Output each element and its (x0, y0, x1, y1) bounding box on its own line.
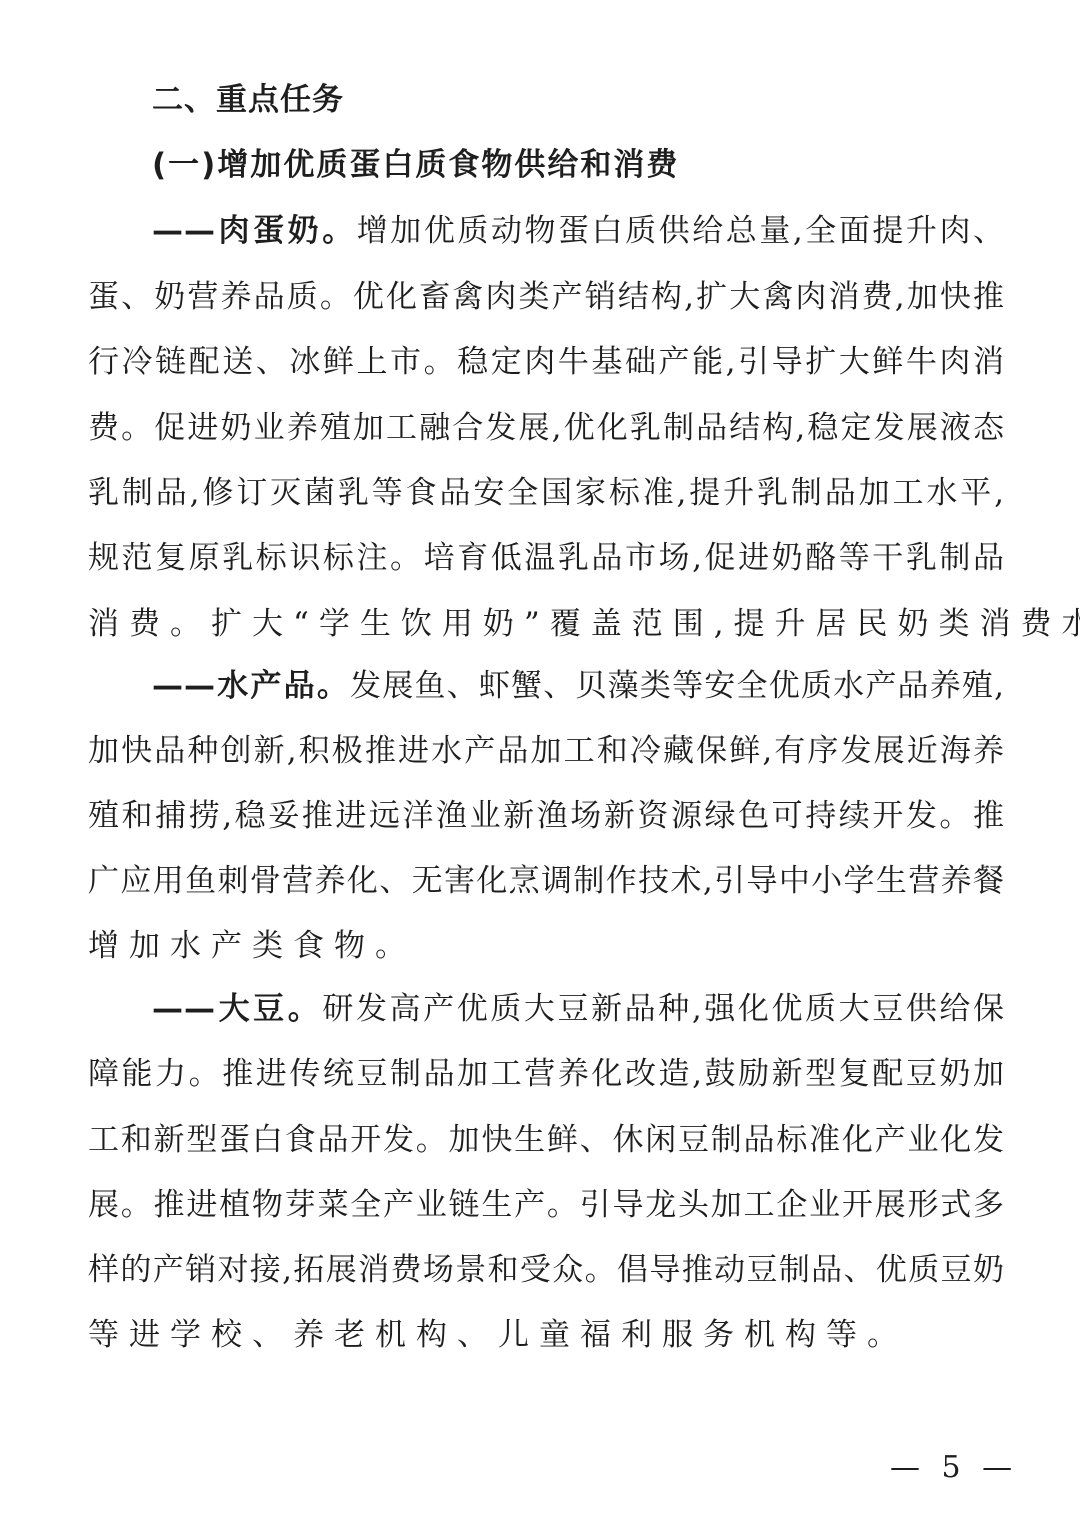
paragraph-line: 消费。扩大“学生饮用奶”覆盖范围,提升居民奶类消费水平。 (88, 602, 1004, 646)
subsection-title: (一)增加优质蛋白质食物供给和消费 (152, 143, 679, 187)
line-text: 发展鱼、虾蟹、贝藻类等安全优质水产品养殖, (350, 668, 1004, 704)
paragraph-line: 乳制品,修订灭菌乳等食品安全国家标准,提升乳制品加工水平, (88, 471, 1004, 515)
paragraph-line: ——大豆。研发高产优质大豆新品种,强化优质大豆供给保 (152, 987, 1004, 1031)
paragraph-line: 规范复原乳标识标注。培育低温乳品市场,促进奶酪等干乳制品 (88, 536, 1004, 580)
paragraph-line: 蛋、奶营养品质。优化畜禽肉类产销结构,扩大禽肉消费,加快推 (88, 275, 1004, 319)
line-text: 研发高产优质大豆新品种,强化优质大豆供给保 (322, 991, 1004, 1027)
page-number: — 5 — (890, 1448, 1018, 1488)
paragraph-lead: ——肉蛋奶。 (152, 213, 357, 249)
paragraph-line: 殖和捕捞,稳妥推进远洋渔业新渔场新资源绿色可持续开发。推 (88, 794, 1004, 838)
paragraph-lead: ——大豆。 (152, 991, 322, 1027)
paragraph-line: 展。推进植物芽菜全产业链生产。引导龙头加工企业开展形式多 (88, 1183, 1004, 1227)
paragraph-line: 增加水产类食物。 (88, 924, 1004, 968)
paragraph-line: 样的产销对接,拓展消费场景和受众。倡导推动豆制品、优质豆奶 (88, 1248, 1004, 1292)
paragraph-line: 等进学校、养老机构、儿童福利服务机构等。 (88, 1313, 1004, 1357)
paragraph-line: ——肉蛋奶。增加优质动物蛋白质供给总量,全面提升肉、 (152, 209, 1004, 253)
line-text: 增加优质动物蛋白质供给总量,全面提升肉、 (357, 213, 1004, 249)
paragraph-line: 加快品种创新,积极推进水产品加工和冷藏保鲜,有序发展近海养 (88, 729, 1004, 773)
paragraph-line: 费。促进奶业养殖加工融合发展,优化乳制品结构,稳定发展液态 (88, 406, 1004, 450)
document-page: 二、重点任务 (一)增加优质蛋白质食物供给和消费 ——肉蛋奶。增加优质动物蛋白质… (0, 0, 1080, 1523)
paragraph-line: ——水产品。发展鱼、虾蟹、贝藻类等安全优质水产品养殖, (152, 664, 1004, 708)
section-title: 二、重点任务 (152, 78, 344, 122)
paragraph-line: 工和新型蛋白食品开发。加快生鲜、休闲豆制品标准化产业化发 (88, 1118, 1004, 1162)
paragraph-line: 行冷链配送、冰鲜上市。稳定肉牛基础产能,引导扩大鲜牛肉消 (88, 340, 1004, 384)
paragraph-line: 广应用鱼刺骨营养化、无害化烹调制作技术,引导中小学生营养餐 (88, 859, 1004, 903)
paragraph-lead: ——水产品。 (152, 668, 350, 704)
paragraph-line: 障能力。推进传统豆制品加工营养化改造,鼓励新型复配豆奶加 (88, 1052, 1004, 1096)
